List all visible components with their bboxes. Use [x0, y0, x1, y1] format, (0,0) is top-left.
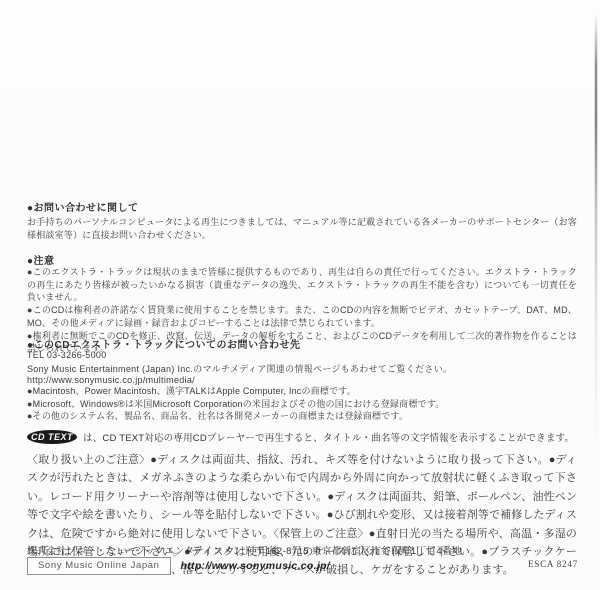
trademark-notices: ●Macintosh、Power Macintosh、漢字TALKはApple … — [27, 385, 577, 423]
caution-bullet: ●このCDは権利者の許諾なく賃貸業に使用することを禁じます。また、このCDの内容… — [27, 304, 577, 329]
trademark-line: ●Microsoft、Windows®は米国Microsoft Corporat… — [27, 398, 577, 411]
contact-section-heading: ●このCDエクストラ・トラックについてのお問い合わせ先 — [27, 336, 577, 351]
sony-music-url: http://www.sonymusic.co.jp/ — [181, 560, 330, 572]
contact-telephone: TEL 03-3266-5000 — [27, 350, 577, 360]
inquiry-section-body: お手持ちのパーソナルコンピュータによる再生につきましては、マニュアル等に記載され… — [27, 216, 577, 241]
caution-bullet: ●このエクストラ・トラックは現状のままで皆様に提供するものであり、再生は自らの責… — [27, 266, 577, 304]
cd-text-logo-icon: CD TEXT — [27, 430, 77, 444]
scanned-booklet-page: ●お問い合わせに関して お手持ちのパーソナルコンピュータによる再生につきましては… — [0, 0, 600, 590]
caution-section-heading: ●注意 — [27, 252, 577, 267]
cdtext-row: CD TEXT は、CD TEXT対応の専用CDプレーヤーで再生すると、タイトル… — [27, 430, 577, 444]
footer-row: Sony Music Online Japan http://www.sonym… — [27, 557, 577, 575]
contact-info-line: Sony Music Entertainment (Japan) Inc.のマル… — [27, 362, 577, 385]
cdtext-description: は、CD TEXT対応の専用CDプレーヤーで再生すると、タイトル・曲名等の文字情… — [83, 430, 574, 444]
trademark-line: ●Macintosh、Power Macintosh、漢字TALKはApple … — [27, 385, 577, 398]
trademark-line: ●その他のシステム名、製品名、商品名、社名は各開発メーカーの商標または登録商標で… — [27, 410, 577, 423]
company-address-line: 株式会社ソニー・ミュージックエンタテインメント 〒162-8715 東京都新宿区… — [27, 543, 577, 557]
inquiry-section-heading: ●お問い合わせに関して — [27, 199, 577, 214]
catalog-number: ESCA 8247 — [528, 559, 578, 569]
scan-edge-artifact — [595, 14, 597, 444]
sony-music-online-japan-box: Sony Music Online Japan — [27, 557, 171, 575]
